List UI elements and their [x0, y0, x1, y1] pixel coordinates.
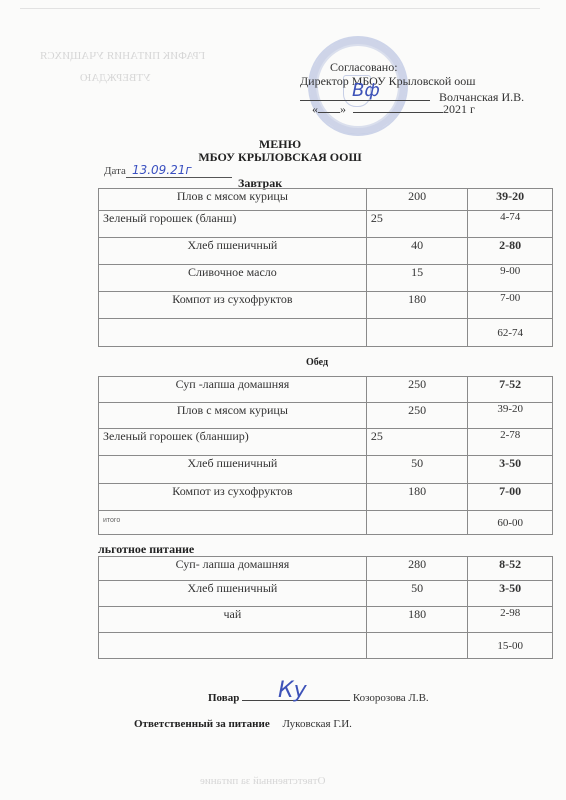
dish-name: Плов с мясом курицы: [99, 403, 367, 429]
table-row: Хлеб пшеничный503-50: [99, 456, 553, 484]
section-title-subsidized: льготное питание: [98, 542, 194, 557]
portion-grams: 25: [366, 429, 468, 456]
portion-grams: 40: [366, 238, 468, 265]
approval-year: 2021 г: [443, 102, 475, 116]
dish-price: 4-74: [468, 211, 553, 238]
dish-name: Зеленый горошек (бланшир): [99, 429, 367, 456]
dish-name: Зеленый горошек (бланш): [99, 211, 367, 238]
cook-label: Повар: [208, 692, 239, 704]
table-row: Суп -лапша домашняя2507-52: [99, 377, 553, 403]
dish-name: Хлеб пшеничный: [99, 456, 367, 484]
total-portion-empty: [366, 511, 468, 535]
portion-grams: 25: [366, 211, 468, 238]
cook-signature: Ку: [278, 678, 307, 703]
approval-heading: Согласовано:: [330, 60, 398, 75]
month-blank: [353, 102, 443, 113]
table-row: Зеленый горошек (бланш)254-74: [99, 211, 553, 238]
subsidized-table: Суп- лапша домашняя2808-52Хлеб пшеничный…: [98, 556, 553, 659]
portion-grams: 180: [366, 484, 468, 511]
dish-price: 8-52: [468, 557, 553, 581]
total-label-cell: итого: [99, 511, 367, 535]
portion-grams: 280: [366, 557, 468, 581]
total-price: 60-00: [468, 511, 553, 535]
responsible-label: Ответственный за питание: [134, 718, 270, 730]
director-signature: Вф: [352, 80, 380, 101]
portion-grams: 50: [366, 456, 468, 484]
portion-grams: 180: [366, 292, 468, 319]
table-row: чай1802-98: [99, 607, 553, 633]
table-row: Хлеб пшеничный503-50: [99, 581, 553, 607]
total-row: итого60-00: [99, 511, 553, 535]
bleed-through-text: Ответственный за питание: [200, 775, 325, 787]
responsible-name: Луковская Г.И.: [282, 718, 351, 730]
portion-grams: 50: [366, 581, 468, 607]
dish-name: Хлеб пшеничный: [99, 581, 367, 607]
section-title-lunch: Обед: [306, 357, 328, 368]
bleed-through-text: ГРАФИК ПИТАНИЯ УЧАЩИХСЯ: [40, 50, 205, 62]
table-row: Хлеб пшеничный402-80: [99, 238, 553, 265]
total-portion-empty: [366, 319, 468, 347]
portion-grams: 250: [366, 377, 468, 403]
table-row: Плов с мясом курицы20039-20: [99, 189, 553, 211]
dish-price: 7-52: [468, 377, 553, 403]
dish-price: 3-50: [468, 456, 553, 484]
dish-name: Компот из сухофруктов: [99, 484, 367, 511]
responsible-row: Ответственный за питание Луковская Г.И.: [134, 718, 454, 730]
bleed-through-text: УТВЕРЖДАЮ: [80, 72, 151, 84]
dish-price: 2-98: [468, 607, 553, 633]
date-label: Дата: [104, 165, 126, 177]
dish-price: 39-20: [468, 403, 553, 429]
table-row: Компот из сухофруктов1807-00: [99, 484, 553, 511]
approval-date: «» 2021 г: [312, 102, 552, 117]
total-portion-empty: [366, 633, 468, 659]
dish-name: Суп -лапша домашняя: [99, 377, 367, 403]
dish-name: Плов с мясом курицы: [99, 189, 367, 211]
table-row: Зеленый горошек (бланшир)252-78: [99, 429, 553, 456]
date-row: Дата13.09.21г: [104, 161, 232, 179]
approval-position: Директор МБОУ Крыловской оош: [300, 74, 476, 89]
dish-price: 39-20: [468, 189, 553, 211]
dish-price: 2-80: [468, 238, 553, 265]
bleed-through-line: [20, 8, 540, 9]
dish-name: чай: [99, 607, 367, 633]
dish-name: Хлеб пшеничный: [99, 238, 367, 265]
total-row: 15-00: [99, 633, 553, 659]
breakfast-table: Плов с мясом курицы20039-20Зеленый горош…: [98, 188, 553, 347]
dish-price: 7-00: [468, 292, 553, 319]
total-row: 62-74: [99, 319, 553, 347]
table-row: Суп- лапша домашняя2808-52: [99, 557, 553, 581]
portion-grams: 15: [366, 265, 468, 292]
day-blank: [318, 102, 340, 113]
portion-grams: 180: [366, 607, 468, 633]
dish-name: Суп- лапша домашняя: [99, 557, 367, 581]
portion-grams: 250: [366, 403, 468, 429]
cook-name: Козорозова Л.В.: [353, 692, 429, 704]
dish-price: 9-00: [468, 265, 553, 292]
table-row: Плов с мясом курицы25039-20: [99, 403, 553, 429]
dish-price: 3-50: [468, 581, 553, 607]
cook-signature-row: Повар Козорозова Л.В.: [208, 690, 508, 704]
total-price: 62-74: [468, 319, 553, 347]
dish-name: Сливочное масло: [99, 265, 367, 292]
quote-close: »: [340, 102, 346, 116]
dish-price: 2-78: [468, 429, 553, 456]
table-row: Компот из сухофруктов1807-00: [99, 292, 553, 319]
dish-name: Компот из сухофруктов: [99, 292, 367, 319]
total-label-cell: [99, 319, 367, 347]
total-price: 15-00: [468, 633, 553, 659]
portion-grams: 200: [366, 189, 468, 211]
table-row: Сливочное масло159-00: [99, 265, 553, 292]
total-label: итого: [103, 517, 120, 524]
lunch-table: Суп -лапша домашняя2507-52Плов с мясом к…: [98, 376, 553, 535]
total-label-cell: [99, 633, 367, 659]
dish-price: 7-00: [468, 484, 553, 511]
date-value: 13.09.21г: [126, 163, 232, 178]
